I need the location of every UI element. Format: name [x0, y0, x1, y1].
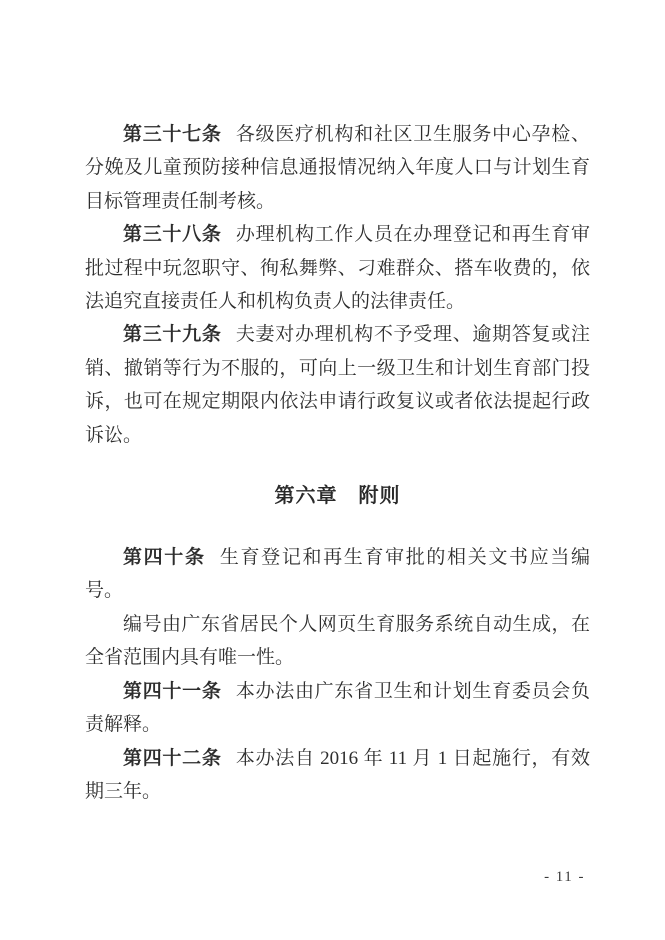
article-paragraph-40: 第四十条生育登记和再生育审批的相关文书应当编号。: [85, 541, 590, 608]
article-paragraph-40-continuation: 编号由广东省居民个人网页生育服务系统自动生成，在全省范围内具有唯一性。: [85, 608, 590, 675]
article-paragraph-41: 第四十一条本办法由广东省卫生和计划生育委员会负责解释。: [85, 675, 590, 742]
article-text: 编号由广东省居民个人网页生育服务系统自动生成，在全省范围内具有唯一性。: [85, 614, 590, 668]
article-number: 第四十二条: [123, 748, 222, 769]
article-paragraph-38: 第三十八条办理机构工作人员在办理登记和再生育审批过程中玩忽职守、徇私舞弊、刁难群…: [85, 218, 590, 318]
article-paragraph-42: 第四十二条本办法自 2016 年 11 月 1 日起施行，有效期三年。: [85, 742, 590, 809]
chapter-heading: 第六章 附则: [85, 478, 590, 515]
article-number: 第三十九条: [123, 324, 222, 345]
article-paragraph-39: 第三十九条夫妻对办理机构不予受理、逾期答复或注销、撤销等行为不服的，可向上一级卫…: [85, 318, 590, 452]
article-number: 第四十一条: [123, 681, 222, 702]
article-paragraph-37: 第三十七条各级医疗机构和社区卫生服务中心孕检、分娩及儿童预防接种信息通报情况纳入…: [85, 118, 590, 218]
document-body: 第三十七条各级医疗机构和社区卫生服务中心孕检、分娩及儿童预防接种信息通报情况纳入…: [85, 118, 590, 808]
article-number: 第四十条: [123, 547, 206, 568]
page-number: - 11 -: [544, 869, 585, 886]
article-number: 第三十七条: [123, 124, 222, 145]
article-number: 第三十八条: [123, 224, 222, 245]
